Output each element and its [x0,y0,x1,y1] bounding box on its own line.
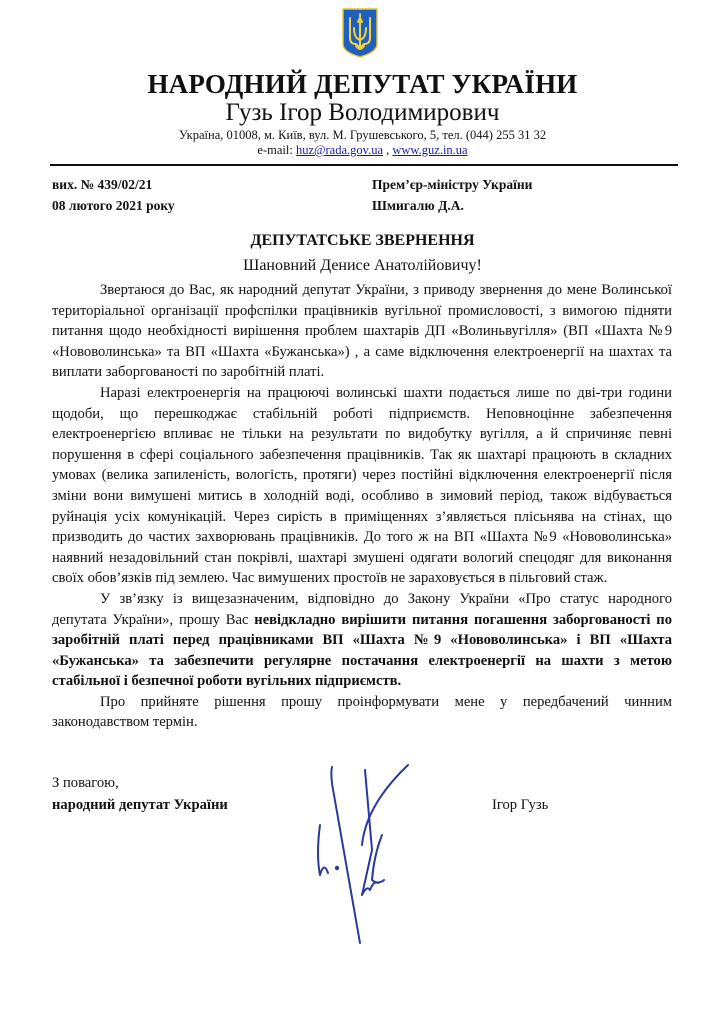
email-link[interactable]: huz@rada.gov.ua [296,143,383,157]
document-meta: вих. № 439/02/21 08 лютого 2021 року [52,174,175,216]
deputy-name: Гузь Ігор Володимирович [0,99,725,127]
handwritten-signature-icon [312,755,437,955]
recipient-name: Шмигалю Д.А. [372,195,532,216]
outgoing-number: вих. № 439/02/21 [52,174,175,195]
signer-role: народний депутат України [52,794,228,816]
recipient-block: Прем’єр-міністру України Шмигалю Д.А. [372,174,532,216]
signer-name: Ігор Гузь [492,794,548,816]
letter-page: НАРОДНИЙ ДЕПУТАТ УКРАЇНИ Гузь Ігор Волод… [0,0,725,1024]
salutation: Шановний Денисе Анатолійовичу! [0,256,725,276]
contact-separator: , [386,143,389,157]
website-link[interactable]: www.guz.in.ua [392,143,467,157]
paragraph-1: Звертаюся до Вас, як народний депутат Ук… [52,280,672,383]
paragraph-request: У зв’язку із вищезазначеним, відповідно … [52,589,672,692]
document-date: 08 лютого 2021 року [52,195,175,216]
regards: З повагою, [52,772,228,794]
paragraph-2: Наразі електроенергія на працюючі волинс… [52,383,672,589]
paragraph-final: Про прийняте рішення прошу проінформуват… [52,692,672,733]
email-label: e-mail: [257,143,292,157]
letter-body: Звертаюся до Вас, як народний депутат Ук… [52,280,672,733]
document-title: ДЕПУТАТСЬКЕ ЗВЕРНЕННЯ [0,231,725,251]
header-address: Україна, 01008, м. Київ, вул. М. Грушевс… [0,128,725,142]
header-contacts: e-mail: huz@rada.gov.ua , www.guz.in.ua [0,143,725,157]
ukraine-coat-of-arms-icon [342,8,378,58]
header-title: НАРОДНИЙ ДЕПУТАТ УКРАЇНИ [0,69,725,99]
recipient-title: Прем’єр-міністру України [372,174,532,195]
closing-block: З повагою, народний депутат України [52,772,228,816]
header-divider [50,164,678,166]
